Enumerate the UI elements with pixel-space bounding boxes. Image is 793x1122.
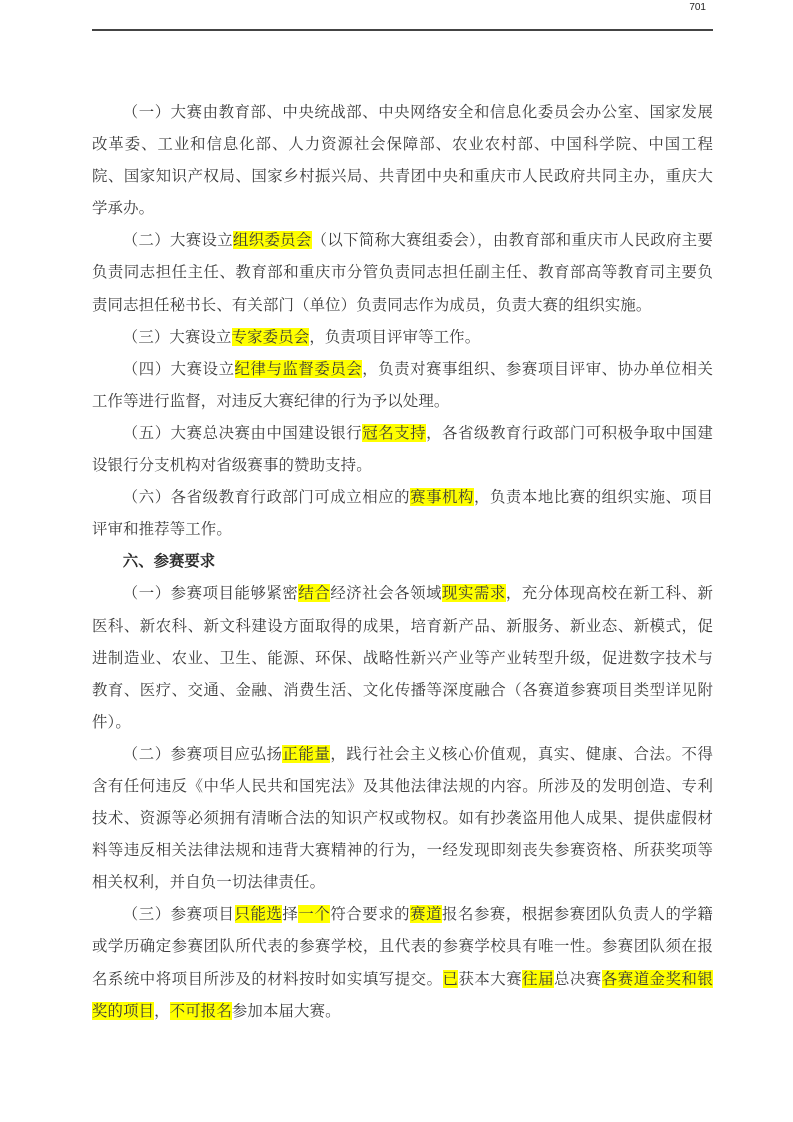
req-paragraph: （一）参赛项目能够紧密结合经济社会各领域现实需求，充分体现高校在新工科、新医科、… bbox=[92, 577, 713, 737]
highlighted-text: 冠名支持 bbox=[362, 424, 426, 442]
body-text: （一）参赛项目能够紧密 bbox=[123, 584, 299, 602]
body-text: （二）参赛项目应弘扬 bbox=[123, 745, 283, 763]
body-text: ， bbox=[154, 1002, 170, 1020]
organization-paragraphs: （一）大赛由教育部、中央统战部、中央网络安全和信息化委员会办公室、国家发展改革委… bbox=[92, 96, 713, 545]
body-text: 参加本届大赛。 bbox=[232, 1002, 341, 1020]
highlighted-text: 纪律与监督委员会 bbox=[235, 360, 363, 378]
highlighted-text: 赛道 bbox=[410, 905, 442, 923]
body-text: （一）大赛由教育部、中央统战部、中央网络安全和信息化委员会办公室、国家发展改革委… bbox=[92, 103, 713, 217]
header-rule bbox=[92, 29, 713, 31]
body-text: （五）大赛总决赛由中国建设银行 bbox=[123, 424, 362, 442]
body-text: （三）参赛项目 bbox=[123, 905, 235, 923]
highlighted-text: 不可报名 bbox=[170, 1002, 232, 1020]
highlighted-text: 赛事机构 bbox=[410, 488, 474, 506]
highlighted-text: 只能选 bbox=[235, 905, 283, 923]
body-text: 获本大赛 bbox=[458, 970, 522, 988]
highlighted-text: 组织委员会 bbox=[233, 231, 312, 249]
body-text: 符合要求的 bbox=[330, 905, 410, 923]
req-paragraph: （二）参赛项目应弘扬正能量，践行社会主义核心价值观，真实、健康、合法。不得含有任… bbox=[92, 738, 713, 898]
body-text: ，践行社会主义核心价值观，真实、健康、合法。不得含有任何违反《中华人民共和国宪法… bbox=[92, 745, 713, 891]
highlighted-text: 结合 bbox=[298, 584, 330, 602]
requirement-paragraphs: （一）参赛项目能够紧密结合经济社会各领域现实需求，充分体现高校在新工科、新医科、… bbox=[92, 577, 713, 1026]
body-text: （四）大赛设立 bbox=[123, 360, 235, 378]
highlighted-text: 往届 bbox=[522, 970, 554, 988]
req-paragraph: （三）参赛项目只能选择一个符合要求的赛道报名参赛，根据参赛团队负责人的学籍或学历… bbox=[92, 898, 713, 1026]
org-paragraph: （一）大赛由教育部、中央统战部、中央网络安全和信息化委员会办公室、国家发展改革委… bbox=[92, 96, 713, 224]
body-text: （三）大赛设立 bbox=[123, 328, 232, 346]
body-text: 总决赛 bbox=[554, 970, 602, 988]
section-heading: 六、参赛要求 bbox=[92, 545, 713, 577]
org-paragraph: （三）大赛设立专家委员会，负责项目评审等工作。 bbox=[92, 321, 713, 353]
highlighted-text: 已 bbox=[443, 970, 459, 988]
document-body: （一）大赛由教育部、中央统战部、中央网络安全和信息化委员会办公室、国家发展改革委… bbox=[92, 96, 713, 1027]
page-number: 701 bbox=[689, 2, 706, 13]
org-paragraph: （五）大赛总决赛由中国建设银行冠名支持，各省级教育行政部门可积极争取中国建设银行… bbox=[92, 417, 713, 481]
highlighted-text: 现实需求 bbox=[442, 584, 506, 602]
body-text: ，充分体现高校在新工科、新医科、新农科、新文科建设方面取得的成果，培育新产品、新… bbox=[92, 584, 713, 730]
body-text: （二）大赛设立 bbox=[123, 231, 233, 249]
org-paragraph: （四）大赛设立纪律与监督委员会，负责对赛事组织、参赛项目评审、协办单位相关工作等… bbox=[92, 353, 713, 417]
body-text: （六）各省级教育行政部门可成立相应的 bbox=[123, 488, 410, 506]
highlighted-text: 正能量 bbox=[282, 745, 330, 763]
body-text: 经济社会各领域 bbox=[330, 584, 442, 602]
org-paragraph: （二）大赛设立组织委员会（以下简称大赛组委会），由教育部和重庆市人民政府主要负责… bbox=[92, 224, 713, 320]
highlighted-text: 一个 bbox=[298, 905, 330, 923]
body-text: ，负责项目评审等工作。 bbox=[309, 328, 480, 346]
body-text: 择 bbox=[282, 905, 298, 923]
org-paragraph: （六）各省级教育行政部门可成立相应的赛事机构，负责本地比赛的组织实施、项目评审和… bbox=[92, 481, 713, 545]
highlighted-text: 专家委员会 bbox=[232, 328, 310, 346]
